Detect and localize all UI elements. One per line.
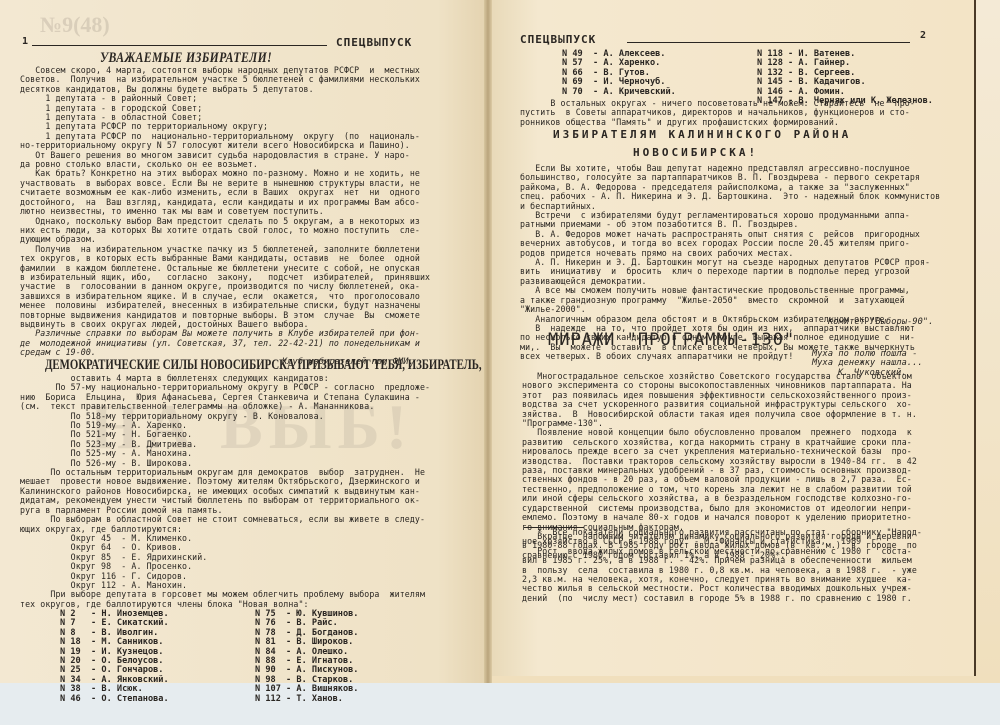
page-number-right: 2	[920, 30, 926, 41]
democrats-title: ДЕМОКРАТИЧЕСКИЕ СИЛЫ НОВОСИБИРСКА ПРИЗЫВ…	[45, 357, 482, 374]
new-wave-list-2: N 75 - Ю. Кувшинов.N 76 - В. Райс.N 78 -…	[255, 610, 358, 704]
kalinin-signature: Комитет "Выборы-90".	[828, 318, 933, 327]
header-rule-right	[627, 42, 910, 43]
new-wave-list-1: N 2 - Н. Иноземцев.N 7 - Е. Сикатский.N …	[60, 610, 169, 704]
epigraph: Муха по полю пошла -Муха денежку нашла..…	[812, 350, 923, 369]
appeal-body: Совсем скоро, 4 марта, состоятся выборы …	[20, 67, 430, 330]
kalinin-title-line-1: ИЗБИРАТЕЛЯМ КАЛИНИНСКОГО РАЙОНА	[553, 128, 851, 141]
list-item: N 46 - О. Степанова.	[60, 695, 169, 704]
democrats-body: оставить 4 марта в бюллетенях следующих …	[20, 375, 430, 610]
page-number-left: 1	[22, 36, 28, 47]
page-fold	[484, 0, 492, 683]
list-item: N 70 - А. Кричевский.	[562, 88, 676, 97]
new-wave-list-3: N 49 - А. Алексеев.N 57 - А. Харенко.N 6…	[562, 50, 676, 97]
header-rule-left	[32, 45, 327, 46]
mirage-title: МИРАЖИ "ПРОГРАММЫ-130"	[548, 330, 795, 350]
section-label-left: СПЕЦВЫПУСК	[336, 36, 412, 49]
other-districts-paragraph: В остальных округах - ничего посоветоват…	[520, 100, 915, 128]
list-item: N 112 - Т. Ханов.	[255, 695, 358, 704]
scanned-spread: №9(48) НА ВЫБ! 1 СПЕЦВЫПУСК УВАЖАЕМЫЕ ИЗ…	[0, 0, 1000, 683]
appeal-title: УВАЖАЕМЫЕ ИЗБИРАТЕЛИ!	[100, 50, 272, 67]
text-line: дений (по числу мест) составил в городе …	[522, 595, 922, 604]
text-line: ронников общества "Память" и других проф…	[520, 119, 915, 128]
section-label-right: СПЕЦВЫПУСК	[520, 33, 596, 46]
kalinin-title-line-2: НОВОСИБИРСКА!	[633, 146, 758, 159]
footnote: * Все показатели социального развития ра…	[522, 529, 922, 604]
new-wave-list-4: N 118 - И. Ватенев.N 128 - А. Гайнер.N 1…	[757, 50, 933, 106]
info-paragraph: Различные справки по выборам Вы можете п…	[20, 330, 420, 358]
